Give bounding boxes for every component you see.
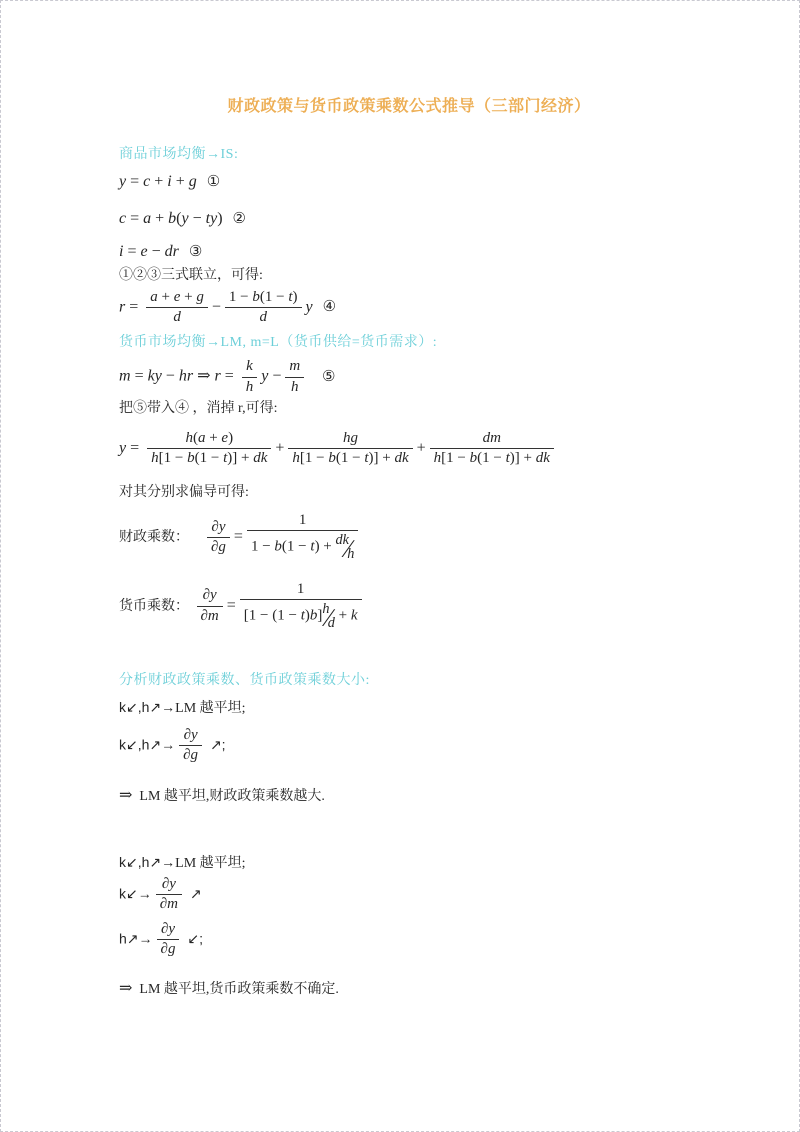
formula-line: y = h(a + e)h[1 − b(1 − t)] + dk+hgh[1 −… <box>119 430 699 468</box>
math-run: 1 − b(1 − t) + <box>251 538 336 554</box>
formula-line: k↙,h↗→LM 越平坦; <box>119 698 699 719</box>
text-line: 把⑤带入④ ，消掉 r,可得: <box>119 400 699 418</box>
fraction-denominator: d <box>225 307 302 326</box>
symbol-run: k↙,h↗→ <box>119 736 175 752</box>
text-run: LM 越平坦,货币政策乘数不确定. <box>132 982 339 997</box>
symbol-run: k↙→ <box>119 885 152 901</box>
text-line: ①②③三式联立，可得: <box>119 267 699 285</box>
math-run: − <box>212 298 221 315</box>
fraction: ∂y∂g <box>207 519 230 557</box>
math-run: i = e − dr <box>119 243 179 260</box>
math-run: + k <box>335 607 358 623</box>
text-run: 财政乘数： <box>119 530 203 545</box>
formula-line: r = a + e + gd−1 − b(1 − t)dy④ <box>119 289 699 327</box>
formula-line: ⇒ LM 越平坦,财政政策乘数越大. <box>119 786 699 807</box>
fraction: a + e + gd <box>146 289 208 327</box>
text-run: LM 越平坦; <box>175 856 245 871</box>
fraction-numerator: dm <box>479 430 505 448</box>
symbol-run: h↗→ <box>119 931 153 947</box>
section-heading: 商品市场均衡→IS: <box>119 146 699 164</box>
slanted-fraction: dk∕h <box>336 532 355 563</box>
symbol-run: ↙; <box>183 931 203 947</box>
fraction: 11 − b(1 − t) + dk∕h <box>247 512 358 563</box>
fraction-numerator: m <box>285 358 304 376</box>
section-heading: 分析财政政策乘数、货币政策乘数大小: <box>119 672 699 690</box>
math-run: y = c + i + g <box>119 173 197 190</box>
fraction-numerator: ∂y <box>199 587 221 605</box>
fraction: h(a + e)h[1 − b(1 − t)] + dk <box>147 430 271 468</box>
fraction-numerator: a + e + g <box>146 289 208 307</box>
equation-number: ④ <box>323 299 336 315</box>
slanted-fraction: h∕d <box>322 601 335 632</box>
fraction-denominator: ∂g <box>179 745 202 764</box>
formula-line: m = ky − hr ⇒ r = khy −mh ⑤ <box>119 358 699 396</box>
section-heading: 货币市场均衡→LM, m=L（货币供给=货币需求）: <box>119 334 699 352</box>
symbol-run: ↗ <box>186 885 202 901</box>
fraction: ∂y∂g <box>157 921 180 959</box>
document-page: 财政政策与货币政策乘数公式推导（三部门经济） 商品市场均衡→IS:y = c +… <box>1 93 799 999</box>
math-run: + <box>275 440 284 457</box>
equation-number: ② <box>233 211 246 227</box>
fraction-denominator: 1 − b(1 − t) + dk∕h <box>247 530 358 563</box>
formula-line: i = e − dr③ <box>119 242 699 263</box>
equation-number: ⑤ <box>318 369 335 385</box>
text-run: LM 越平坦; <box>175 701 245 716</box>
equation-number: ③ <box>189 244 202 260</box>
fraction-denominator: ∂m <box>156 894 182 913</box>
formula-line: 货币乘数： ∂y∂m=1[1 − (1 − t)b]h∕d + k <box>119 581 699 632</box>
formula-line: k↙,h↗→∂y∂g ↗; <box>119 727 699 765</box>
fraction-denominator: ∂g <box>207 537 230 556</box>
fraction-numerator: ∂y <box>157 921 179 939</box>
fraction-denominator: h <box>285 377 304 396</box>
fraction-denominator: h[1 − b(1 − t)] + dk <box>147 448 271 467</box>
math-run: r = <box>119 298 142 315</box>
math-run: + <box>417 440 426 457</box>
math-run: y <box>306 298 313 315</box>
fraction-numerator: ∂y <box>180 727 202 745</box>
math-run: c = a + b(y − ty) <box>119 210 223 227</box>
fraction-numerator: h(a + e) <box>181 430 237 448</box>
fraction: 1 − b(1 − t)d <box>225 289 302 327</box>
formula-line: ⇒ LM 越平坦,货币政策乘数不确定. <box>119 979 699 1000</box>
fraction: ∂y∂m <box>197 587 223 625</box>
fraction-numerator: ∂y <box>158 876 180 894</box>
fraction: dmh[1 − b(1 − t)] + dk <box>430 430 554 468</box>
fraction-numerator: k <box>242 358 257 376</box>
formula-line: h↗→∂y∂g ↙; <box>119 921 699 959</box>
symbol-run: k↙,h↗→ <box>119 699 175 715</box>
fraction: ∂y∂g <box>179 727 202 765</box>
fraction: mh <box>285 358 304 396</box>
document-title: 财政政策与货币政策乘数公式推导（三部门经济） <box>119 93 699 116</box>
text-run: LM 越平坦,财政政策乘数越大. <box>132 789 325 804</box>
math-run: ⇒ <box>119 787 132 804</box>
fraction: 1[1 − (1 − t)b]h∕d + k <box>240 581 362 632</box>
fraction-numerator: hg <box>339 430 362 448</box>
math-run: = <box>227 597 236 614</box>
fraction: ∂y∂m <box>156 876 182 914</box>
formula-line: k↙,h↗→LM 越平坦; <box>119 853 699 874</box>
document-content: 商品市场均衡→IS:y = c + i + g①c = a + b(y − ty… <box>119 146 699 999</box>
fraction-numerator: ∂y <box>207 519 229 537</box>
math-run: y − <box>261 368 281 385</box>
fraction-denominator: d <box>146 307 208 326</box>
fraction-denominator: h[1 − b(1 − t)] + dk <box>288 448 412 467</box>
symbol-run: ↗; <box>206 736 226 752</box>
slanted-fraction-denominator: h <box>347 546 354 562</box>
text-run: 货币乘数： <box>119 599 193 614</box>
fraction: kh <box>242 358 258 396</box>
formula-line: k↙→∂y∂m ↗ <box>119 876 699 914</box>
symbol-run: k↙,h↗→ <box>119 854 175 870</box>
math-run: ⇒ <box>119 980 132 997</box>
equation-number: ① <box>207 174 220 190</box>
fraction: hgh[1 − b(1 − t)] + dk <box>288 430 412 468</box>
fraction-denominator: [1 − (1 − t)b]h∕d + k <box>240 599 362 632</box>
math-run: = <box>234 528 243 545</box>
fraction-numerator: 1 − b(1 − t) <box>225 289 302 307</box>
fraction-denominator: h <box>242 377 258 396</box>
fraction-denominator: ∂g <box>157 939 180 958</box>
fraction-denominator: h[1 − b(1 − t)] + dk <box>430 448 554 467</box>
formula-line: c = a + b(y − ty)② <box>119 209 699 230</box>
math-run: [1 − (1 − t)b] <box>244 607 323 623</box>
math-run: y = <box>119 440 143 457</box>
slanted-fraction-denominator: d <box>328 615 335 631</box>
formula-line: 财政乘数： ∂y∂g=11 − b(1 − t) + dk∕h <box>119 512 699 563</box>
fraction-numerator: 1 <box>295 512 311 530</box>
fraction-numerator: 1 <box>293 581 309 599</box>
text-line: 对其分别求偏导可得: <box>119 484 699 502</box>
math-run: m = ky − hr ⇒ r = <box>119 368 238 385</box>
fraction-denominator: ∂m <box>197 606 223 625</box>
formula-line: y = c + i + g① <box>119 172 699 193</box>
